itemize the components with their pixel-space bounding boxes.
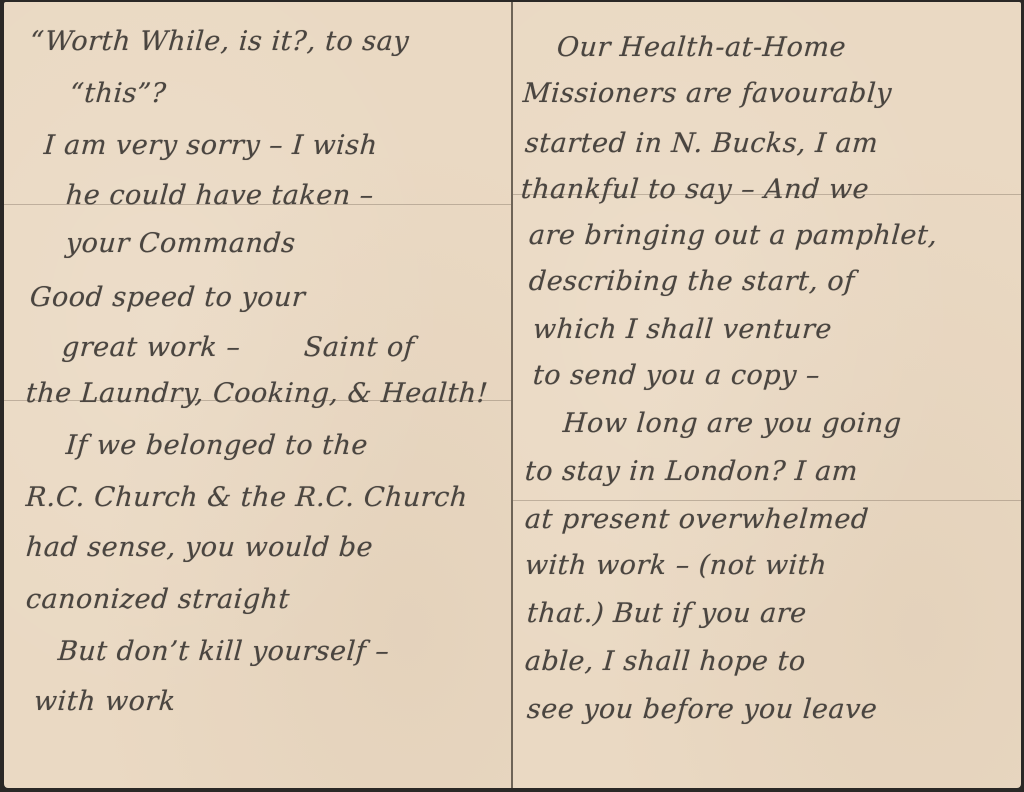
letter-line: to send you a copy – bbox=[532, 360, 821, 391]
letter-line: R.C. Church & the R.C. Church bbox=[25, 482, 469, 513]
letter-line: “this”? bbox=[69, 78, 167, 109]
letter-line: canonized straight bbox=[25, 584, 291, 615]
letter-line: But don’t kill yourself – bbox=[57, 636, 390, 667]
letter-line: are bringing out a pamphlet, bbox=[528, 220, 939, 251]
letter-line: to stay in London? I am bbox=[524, 456, 859, 487]
letter-line: with work – (not with bbox=[524, 550, 828, 581]
left-page: “Worth While, is it?, to say “this”? I a… bbox=[4, 2, 511, 788]
letter-line: see you before you leave bbox=[526, 694, 878, 725]
letter-line: able, I shall hope to bbox=[524, 646, 807, 677]
letter-line: at present overwhelmed bbox=[524, 504, 870, 535]
letter-line: Missioners are favourably bbox=[522, 78, 893, 109]
right-page: Our Health-at-Home Missioners are favour… bbox=[513, 2, 1021, 788]
letter-line: with work bbox=[33, 686, 177, 717]
letter-line: he could have taken – bbox=[65, 180, 375, 211]
letter-line: started in N. Bucks, I am bbox=[524, 128, 879, 159]
letter-line: “Worth While, is it?, to say bbox=[29, 26, 410, 57]
letter-line: If we belonged to the bbox=[65, 430, 369, 461]
letter-line: your Commands bbox=[65, 228, 297, 259]
letter-line: the Laundry, Cooking, & Health! bbox=[25, 378, 489, 409]
fold-crease bbox=[513, 500, 1021, 501]
letter-line: great work – Saint of bbox=[61, 332, 415, 363]
letter-line: thankful to say – And we bbox=[520, 174, 870, 205]
letter-line: Our Health-at-Home bbox=[556, 32, 847, 63]
letter-line: that.) But if you are bbox=[526, 598, 808, 629]
letter-line: which I shall venture bbox=[532, 314, 833, 345]
letter-line: Good speed to your bbox=[29, 282, 307, 313]
letter-line: I am very sorry – I wish bbox=[43, 130, 379, 161]
letter-line: How long are you going bbox=[562, 408, 903, 439]
letter-line: describing the start, of bbox=[528, 266, 856, 297]
letter-line: had sense, you would be bbox=[25, 532, 374, 563]
letter-scan: “Worth While, is it?, to say “this”? I a… bbox=[0, 0, 1024, 792]
